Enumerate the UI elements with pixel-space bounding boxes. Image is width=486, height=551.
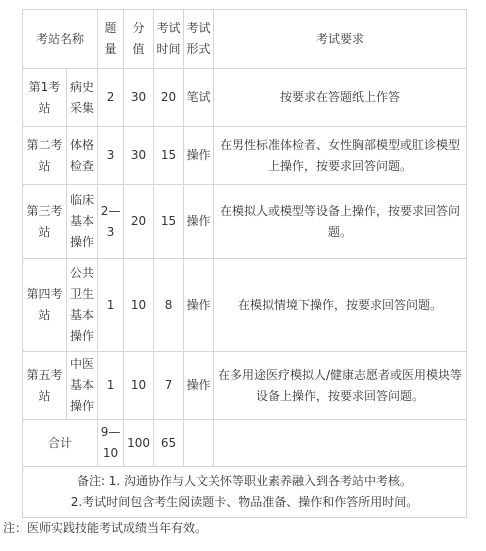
questions-cell: 2—3 bbox=[98, 185, 124, 259]
score-cell: 20 bbox=[124, 185, 154, 259]
format-cell: 操作 bbox=[184, 185, 214, 259]
score-cell: 10 bbox=[124, 259, 154, 352]
questions-cell: 2 bbox=[98, 69, 124, 127]
requirements-cell: 按要求在答题纸上作答 bbox=[214, 69, 467, 127]
time-cell: 8 bbox=[154, 259, 184, 352]
header-station-name: 考站名称 bbox=[23, 10, 98, 69]
score-cell: 30 bbox=[124, 127, 154, 185]
table-row: 第三考 站 临床 基本 操作 2—3 20 15 操作 在模拟人或模型等设备上操… bbox=[23, 185, 467, 259]
requirements-cell: 在模拟人或模型等设备上操作，按要求回答问题。 bbox=[214, 185, 467, 259]
time-cell: 15 bbox=[154, 127, 184, 185]
questions-cell: 1 bbox=[98, 352, 124, 420]
station-cell: 第1考 站 bbox=[23, 69, 67, 127]
format-cell: 笔试 bbox=[184, 69, 214, 127]
subject-cell: 中医 基本 操作 bbox=[67, 352, 98, 420]
header-requirements: 考试要求 bbox=[214, 10, 467, 69]
total-requirements bbox=[214, 420, 467, 467]
header-time: 考试 时间 bbox=[154, 10, 184, 69]
total-questions: 9— 10 bbox=[98, 420, 124, 467]
score-cell: 10 bbox=[124, 352, 154, 420]
table-row: 第二考 站 体格 检查 3 30 15 操作 在男性标准体检者、女性胸部模型或肛… bbox=[23, 127, 467, 185]
format-cell: 操作 bbox=[184, 127, 214, 185]
total-row: 合计 9— 10 100 65 bbox=[23, 420, 467, 467]
station-cell: 第四考 站 bbox=[23, 259, 67, 352]
requirements-cell: 在男性标准体检者、女性胸部模型或肛诊模型上操作，按要求回答问题。 bbox=[214, 127, 467, 185]
total-time: 65 bbox=[154, 420, 184, 467]
header-score: 分 值 bbox=[124, 10, 154, 69]
time-cell: 15 bbox=[154, 185, 184, 259]
format-cell: 操作 bbox=[184, 352, 214, 420]
header-format: 考试 形式 bbox=[184, 10, 214, 69]
station-cell: 第三考 站 bbox=[23, 185, 67, 259]
subject-cell: 体格 检查 bbox=[67, 127, 98, 185]
station-cell: 第五考 站 bbox=[23, 352, 67, 420]
requirements-cell: 在多用途医疗模拟人/健康志愿者或医用模块等设备上操作，按要求回答问题。 bbox=[214, 352, 467, 420]
questions-cell: 3 bbox=[98, 127, 124, 185]
time-cell: 20 bbox=[154, 69, 184, 127]
score-cell: 30 bbox=[124, 69, 154, 127]
table-header-row: 考站名称 题量 分 值 考试 时间 考试 形式 考试要求 bbox=[23, 10, 467, 69]
total-format bbox=[184, 420, 214, 467]
footnote-text: 注：医师实践技能考试成绩当年有效。 bbox=[3, 520, 207, 536]
subject-cell: 临床 基本 操作 bbox=[67, 185, 98, 259]
questions-cell: 1 bbox=[98, 259, 124, 352]
subject-cell: 公共 卫生 基本 操作 bbox=[67, 259, 98, 352]
table-row: 第1考 站 病史 采集 2 30 20 笔试 按要求在答题纸上作答 bbox=[23, 69, 467, 127]
requirements-cell: 在模拟情境下操作，按要求回答问题。 bbox=[214, 259, 467, 352]
remarks-row: 备注: 1. 沟通协作与人文关怀等职业素养融入到各考站中考核。 2.考试时间包含… bbox=[23, 467, 467, 518]
header-questions: 题量 bbox=[98, 10, 124, 69]
table-row: 第四考 站 公共 卫生 基本 操作 1 10 8 操作 在模拟情境下操作，按要求… bbox=[23, 259, 467, 352]
station-cell: 第二考 站 bbox=[23, 127, 67, 185]
subject-cell: 病史 采集 bbox=[67, 69, 98, 127]
exam-schedule-page: 考站名称 题量 分 值 考试 时间 考试 形式 考试要求 第1考 站 病史 采集… bbox=[0, 0, 486, 551]
time-cell: 7 bbox=[154, 352, 184, 420]
exam-stations-table: 考站名称 题量 分 值 考试 时间 考试 形式 考试要求 第1考 站 病史 采集… bbox=[22, 9, 467, 518]
total-score: 100 bbox=[124, 420, 154, 467]
total-label: 合计 bbox=[23, 420, 98, 467]
table-row: 第五考 站 中医 基本 操作 1 10 7 操作 在多用途医疗模拟人/健康志愿者… bbox=[23, 352, 467, 420]
format-cell: 操作 bbox=[184, 259, 214, 352]
remarks-text: 备注: 1. 沟通协作与人文关怀等职业素养融入到各考站中考核。 2.考试时间包含… bbox=[23, 467, 467, 518]
